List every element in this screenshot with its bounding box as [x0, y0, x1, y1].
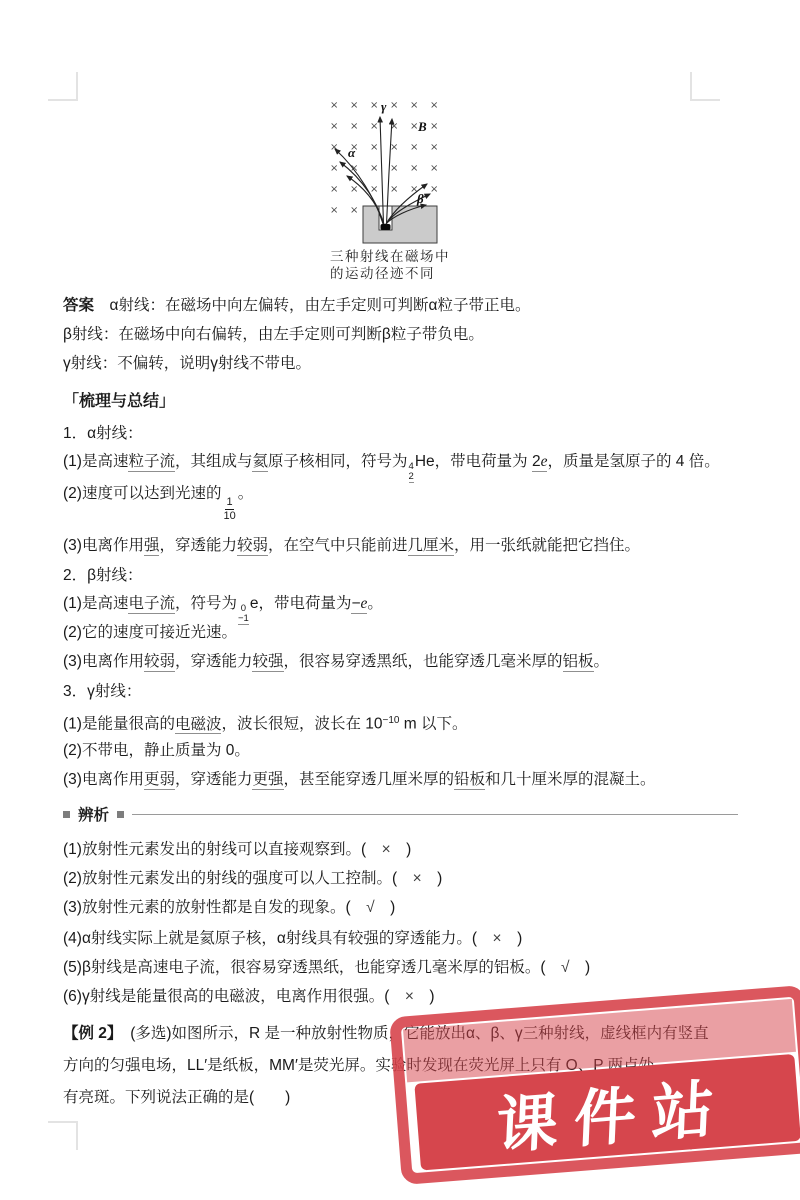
svg-text:×: ×	[330, 205, 338, 216]
svg-text:×: ×	[410, 100, 418, 111]
summary-item: (2)不带电，静止质量为 0。	[63, 741, 250, 761]
crop-mark-top-right-icon	[690, 72, 720, 101]
radiation-magnetic-field-figure: ×××××××××××××××××××××××××××××××××××× B γ…	[326, 96, 444, 248]
svg-text:×: ×	[370, 100, 378, 111]
svg-text:×: ×	[350, 205, 358, 216]
example-problem-line: 有亮斑。下列说法正确的是( )	[63, 1088, 290, 1108]
svg-text:×: ×	[390, 163, 398, 174]
svg-text:×: ×	[430, 100, 438, 111]
watermark-stamp: 课件站	[389, 985, 800, 1185]
true-false-item: (5)β射线是高速电子流，很容易穿透黑纸，也能穿透几毫米厚的铝板。( √ )	[63, 958, 590, 978]
magnetic-field-label: B	[417, 119, 427, 134]
figure-caption-line: 的运动径迹不同	[330, 266, 460, 283]
svg-text:×: ×	[430, 142, 438, 153]
svg-text:×: ×	[370, 184, 378, 195]
figure-caption-line: 三种射线在磁场中	[330, 249, 460, 266]
svg-text:×: ×	[330, 184, 338, 195]
answer-line-alpha: 答案 α射线：在磁场中向左偏转，由左手定则可判断α粒子带正电。	[63, 296, 530, 316]
document-page: ×××××××××××××××××××××××××××××××××××× B γ…	[0, 0, 800, 1200]
gamma-ray-label: γ	[381, 99, 387, 114]
true-false-item: (6)γ射线是能量很高的电磁波，电离作用很强。( × )	[63, 987, 435, 1007]
answer-line-beta: β射线：在磁场中向右偏转，由左手定则可判断β粒子带负电。	[63, 325, 484, 345]
true-false-item: (1)放射性元素发出的射线可以直接观察到。( × )	[63, 840, 411, 860]
svg-text:×: ×	[350, 184, 358, 195]
svg-text:×: ×	[330, 100, 338, 111]
lead-container	[363, 206, 437, 243]
svg-text:×: ×	[410, 163, 418, 174]
svg-text:×: ×	[430, 163, 438, 174]
summary-item: (2)它的速度可接近光速。	[63, 623, 237, 643]
radioactive-source	[381, 224, 391, 230]
svg-text:×: ×	[370, 121, 378, 132]
summary-item-gamma-heading: 3．γ射线：	[63, 682, 141, 702]
summary-item: (3)电离作用较弱，穿透能力较强，很容易穿透黑纸，也能穿透几毫米厚的铝板。	[63, 652, 609, 672]
svg-text:×: ×	[390, 100, 398, 111]
crop-mark-top-left-icon	[48, 72, 78, 101]
svg-text:×: ×	[410, 142, 418, 153]
answer-line-gamma: γ射线：不偏转，说明γ射线不带电。	[63, 354, 311, 374]
svg-text:×: ×	[330, 121, 338, 132]
analysis-header-title: 辨析	[78, 803, 109, 825]
summary-item: (1)是能量很高的电磁波，波长很短，波长在 10−10 m 以下。	[63, 711, 468, 735]
svg-text:×: ×	[350, 163, 358, 174]
summary-item: (3)电离作用更弱，穿透能力更强，甚至能穿透几厘米厚的铅板和几十厘米厚的混凝土。	[63, 770, 656, 790]
svg-text:×: ×	[330, 163, 338, 174]
summary-item: (2)速度可以达到光速的110。	[63, 484, 253, 522]
summary-section-header: 「梳理与总结」	[63, 392, 175, 412]
alpha-ray-label: α	[348, 145, 356, 160]
svg-text:×: ×	[390, 142, 398, 153]
summary-item-beta-heading: 2．β射线：	[63, 566, 143, 586]
true-false-item: (2)放射性元素发出的射线的强度可以人工控制。( × )	[63, 869, 442, 889]
square-bullet-icon	[63, 811, 70, 818]
analysis-section-header: 辨析	[63, 803, 738, 825]
svg-text:×: ×	[430, 121, 438, 132]
square-bullet-icon	[117, 811, 124, 818]
analysis-header-rule	[132, 814, 738, 815]
true-false-item: (3)放射性元素的放射性都是自发的现象。( √ )	[63, 898, 395, 918]
svg-text:×: ×	[370, 142, 378, 153]
svg-text:×: ×	[350, 100, 358, 111]
svg-text:×: ×	[390, 184, 398, 195]
svg-text:×: ×	[370, 163, 378, 174]
svg-text:×: ×	[350, 121, 358, 132]
true-false-item: (4)α射线实际上就是氦原子核，α射线具有较强的穿透能力。( × )	[63, 929, 522, 949]
summary-item: (1)是高速粒子流，其组成与氦原子核相同，符号为42He，带电荷量为 2e，质量…	[63, 452, 720, 483]
summary-item: (3)电离作用强，穿透能力较弱，在空气中只能前进几厘米，用一张纸就能把它挡住。	[63, 536, 640, 556]
summary-item: (1)是高速电子流，符号为0−1e，带电荷量为−e。	[63, 594, 383, 625]
svg-text:×: ×	[430, 184, 438, 195]
crop-mark-bottom-left-icon	[48, 1121, 78, 1150]
beta-ray-label: β	[416, 191, 424, 206]
summary-item-alpha-heading: 1．α射线：	[63, 424, 143, 444]
figure-caption: 三种射线在磁场中 的运动径迹不同	[330, 249, 460, 282]
